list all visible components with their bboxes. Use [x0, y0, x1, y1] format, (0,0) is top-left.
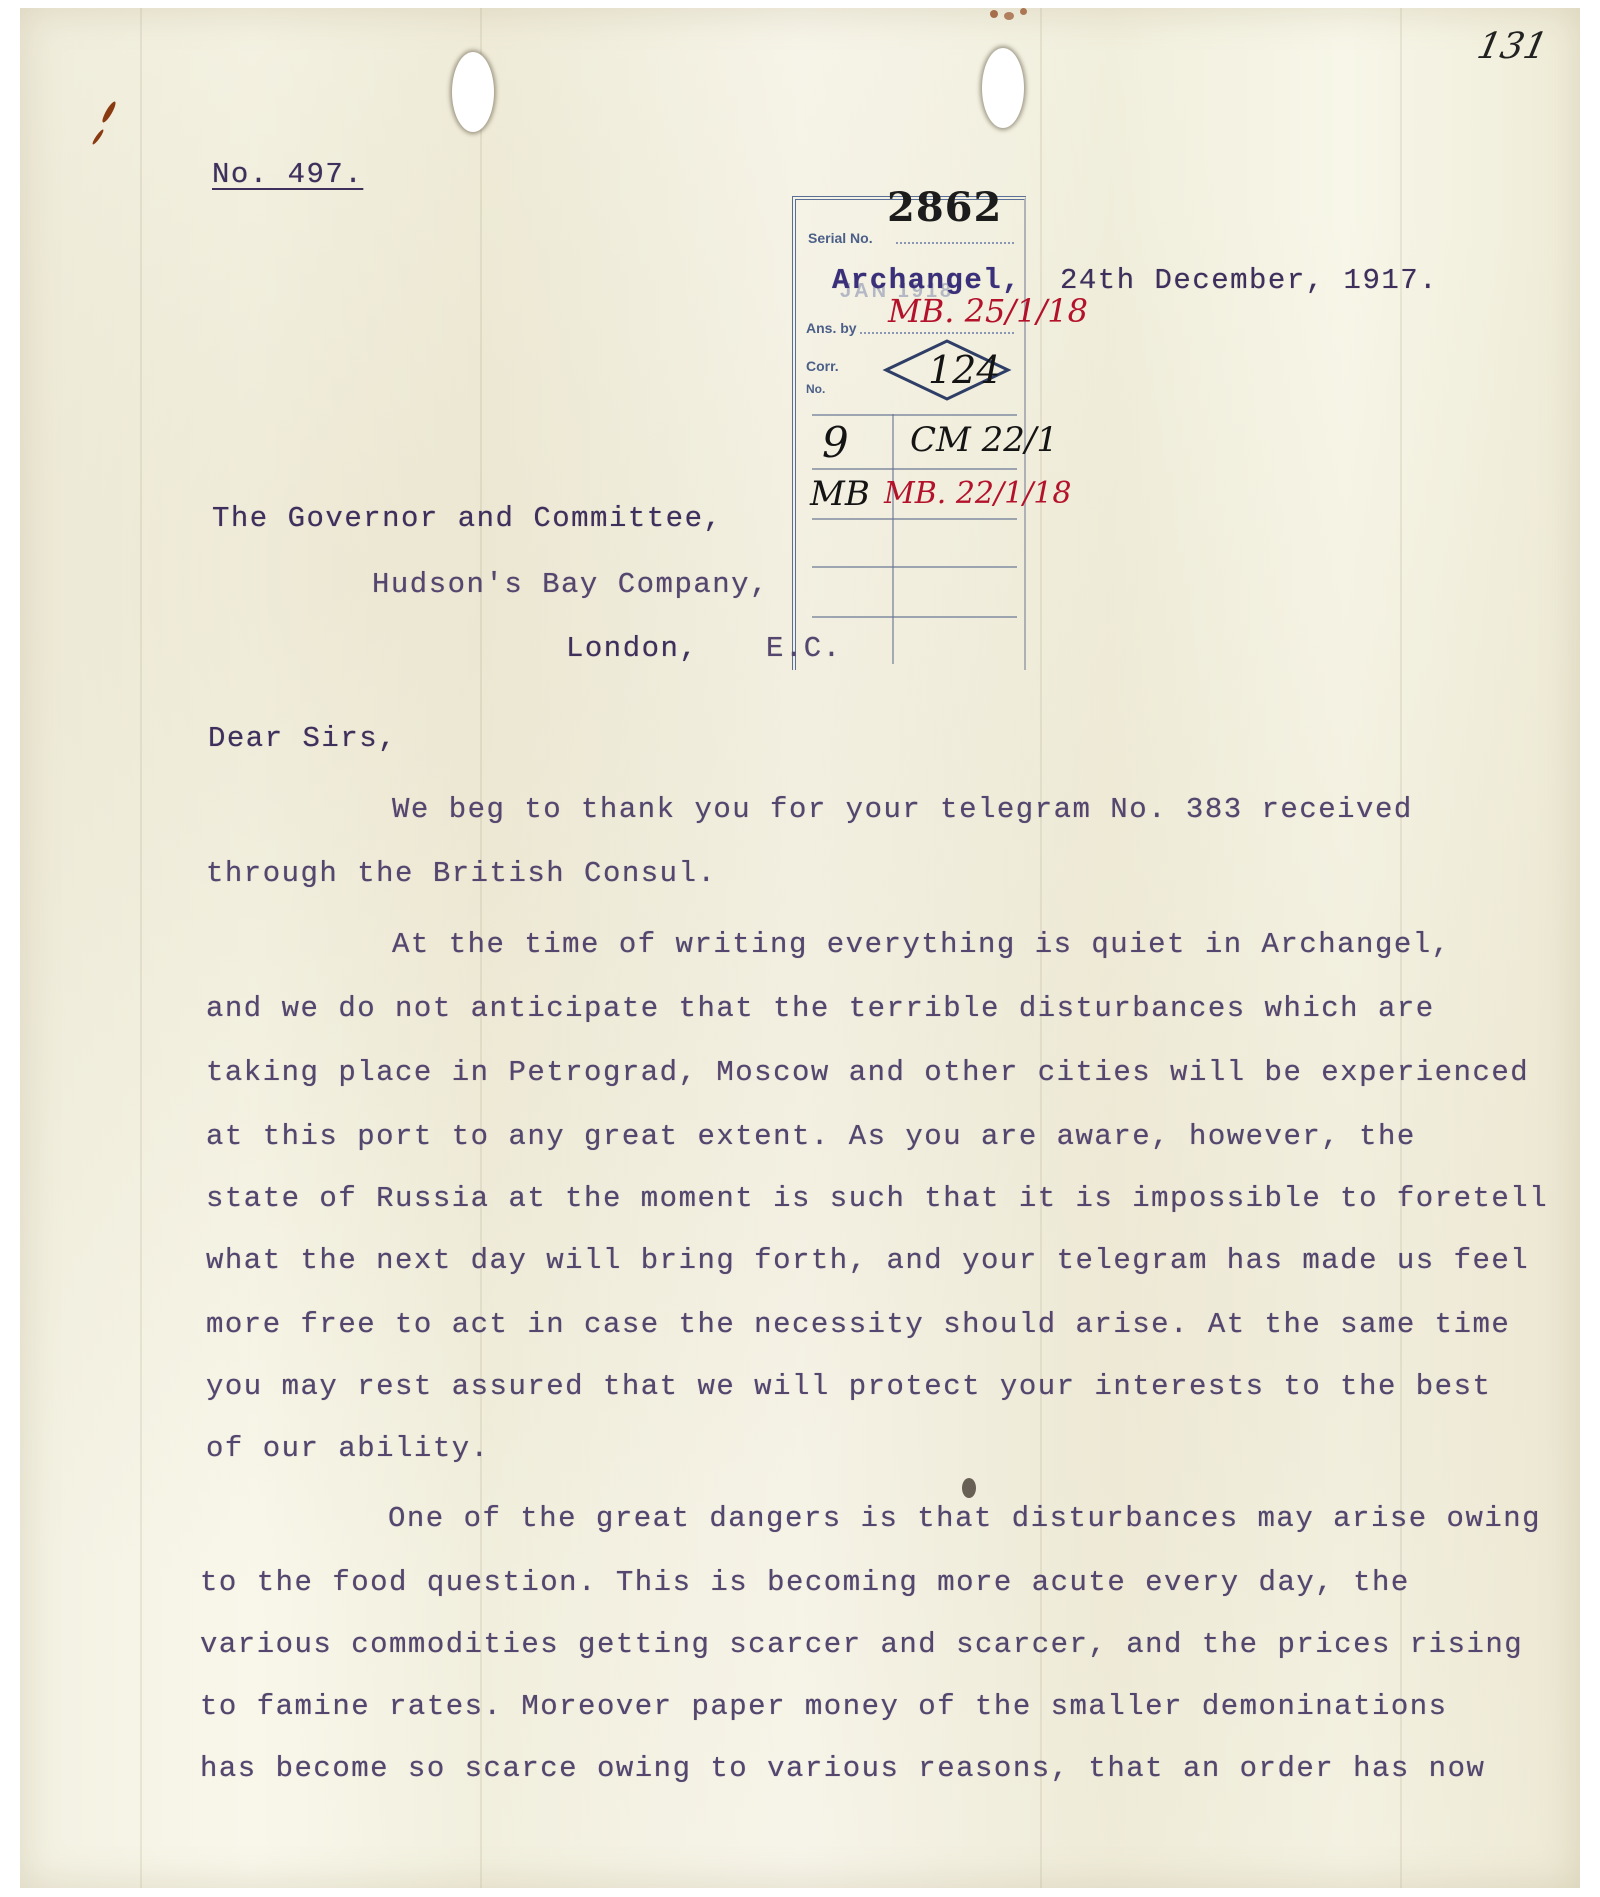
stamp-row-divider	[812, 566, 1017, 568]
stamp-row-divider	[812, 414, 1017, 416]
stamp-row1-right: CM 22/1	[910, 420, 1058, 460]
recipient-line-2: Hudson's Bay Company,	[372, 568, 769, 601]
paragraph-line: has become so scarce owing to various re…	[200, 1752, 1485, 1785]
stamp-row2-right: MB. 22/1/18	[884, 476, 1072, 511]
paragraph-line: of our ability.	[206, 1432, 490, 1465]
recipient-line-3-suffix: E.C.	[766, 632, 842, 665]
paragraph-line: and we do not anticipate that the terrib…	[206, 992, 1435, 1025]
letter-number: No. 497.	[212, 158, 363, 191]
paragraph-line: state of Russia at the moment is such th…	[206, 1182, 1548, 1215]
paragraph-line: At the time of writing everything is qui…	[392, 928, 1451, 961]
paragraph-line: various commodities getting scarcer and …	[200, 1628, 1523, 1661]
punch-hole	[452, 52, 494, 132]
letter-place: Archangel,	[832, 264, 1021, 297]
salutation: Dear Sirs,	[208, 722, 397, 755]
stamp-row1-left: 9	[822, 418, 849, 467]
stamp-row-divider	[812, 616, 1017, 618]
stamp-serial-label: Serial No.	[808, 230, 873, 246]
paragraph-line: through the British Consul.	[206, 857, 716, 890]
paragraph-line: to the food question. This is becoming m…	[200, 1566, 1410, 1599]
stamp-corr-label: Corr.	[806, 358, 839, 374]
registry-stamp: 2862 Serial No. JAN 1918 Ans. by Corr. N…	[792, 188, 1024, 668]
letter-date: 24th December, 1917.	[1060, 264, 1438, 297]
page-number: 131	[1474, 26, 1551, 67]
paragraph-line: more free to act in case the necessity s…	[206, 1308, 1510, 1341]
stamp-row-divider	[812, 518, 1017, 520]
stamp-column-divider	[892, 414, 894, 664]
stamp-row-divider	[812, 468, 1017, 470]
recipient-line-1: The Governor and Committee,	[212, 502, 722, 535]
paragraph-line: to famine rates. Moreover paper money of…	[200, 1690, 1448, 1723]
punch-hole	[982, 48, 1024, 128]
stamp-ans-by-value: MB. 25/1/18	[888, 292, 1088, 330]
stamp-corr-number: 124	[928, 348, 1001, 392]
rust-stain	[990, 10, 998, 18]
stamp-row2-left: MB	[810, 474, 870, 514]
paragraph-line: One of the great dangers is that disturb…	[388, 1502, 1541, 1535]
recipient-line-3: London,	[566, 632, 698, 665]
rust-stain	[1004, 12, 1014, 20]
paragraph-line: what the next day will bring forth, and …	[206, 1244, 1529, 1277]
stamp-dotted-line	[860, 332, 1014, 334]
ink-blot	[962, 1478, 976, 1498]
rust-stain	[1020, 8, 1027, 15]
paper-crease	[140, 8, 142, 1888]
stamp-serial-number: 2862	[887, 184, 1002, 231]
stamp-dotted-line	[896, 242, 1014, 244]
stamp-ans-by-label: Ans. by	[806, 320, 857, 336]
paragraph-line: taking place in Petrograd, Moscow and ot…	[206, 1056, 1529, 1089]
stamp-corr-no-label: No.	[806, 382, 825, 396]
paragraph-line: at this port to any great extent. As you…	[206, 1120, 1416, 1153]
paragraph-line: We beg to thank you for your telegram No…	[392, 793, 1413, 826]
paragraph-line: you may rest assured that we will protec…	[206, 1370, 1491, 1403]
